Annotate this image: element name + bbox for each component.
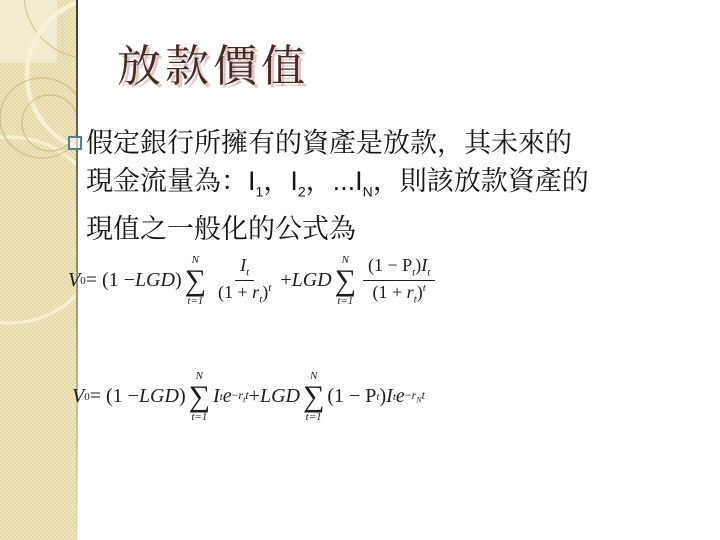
body-line: 現金流量為：I1，I2，...IN，則該放款資產的 (86, 162, 648, 210)
sigma-symbol: ∑ (303, 383, 324, 412)
fraction: It(1 + rt)t (213, 254, 276, 308)
slide: { "slide": { "title": "放款價值", "backgroun… (0, 0, 720, 540)
cream-arc2-decoration (0, 137, 77, 323)
bullet-square-icon (68, 136, 82, 150)
body-line: 現值之一般化的公式為 (86, 210, 648, 248)
body-line: 假定銀行所擁有的資產是放款，其未來的 (86, 124, 648, 162)
sidebar-decoration (0, 0, 77, 540)
sigma-symbol: ∑ (189, 383, 210, 412)
slide-title: 放款價值 (117, 43, 309, 91)
decorative-circles (0, 0, 77, 540)
summation: N∑t=1 (303, 370, 324, 424)
formula-2: V0 = (1 − LGD)N∑t=1Ite−rtt + LGDN∑t=1(1 … (72, 370, 425, 424)
formula-1: V0 = (1 − LGD)N∑t=1It(1 + rt)t + LGDN∑t=… (68, 254, 439, 308)
summation: N∑t=1 (185, 254, 206, 308)
fraction: (1 − Pt)It(1 + rt)t (363, 254, 435, 308)
summation: N∑t=1 (189, 370, 210, 424)
sigma-symbol: ∑ (335, 267, 356, 296)
summation: N∑t=1 (335, 254, 356, 308)
sigma-symbol: ∑ (185, 267, 206, 296)
body-lines: 假定銀行所擁有的資產是放款，其未來的現金流量為：I1，I2，...IN，則該放款… (86, 124, 648, 248)
body-text-block: 假定銀行所擁有的資產是放款，其未來的現金流量為：I1，I2，...IN，則該放款… (68, 124, 648, 248)
